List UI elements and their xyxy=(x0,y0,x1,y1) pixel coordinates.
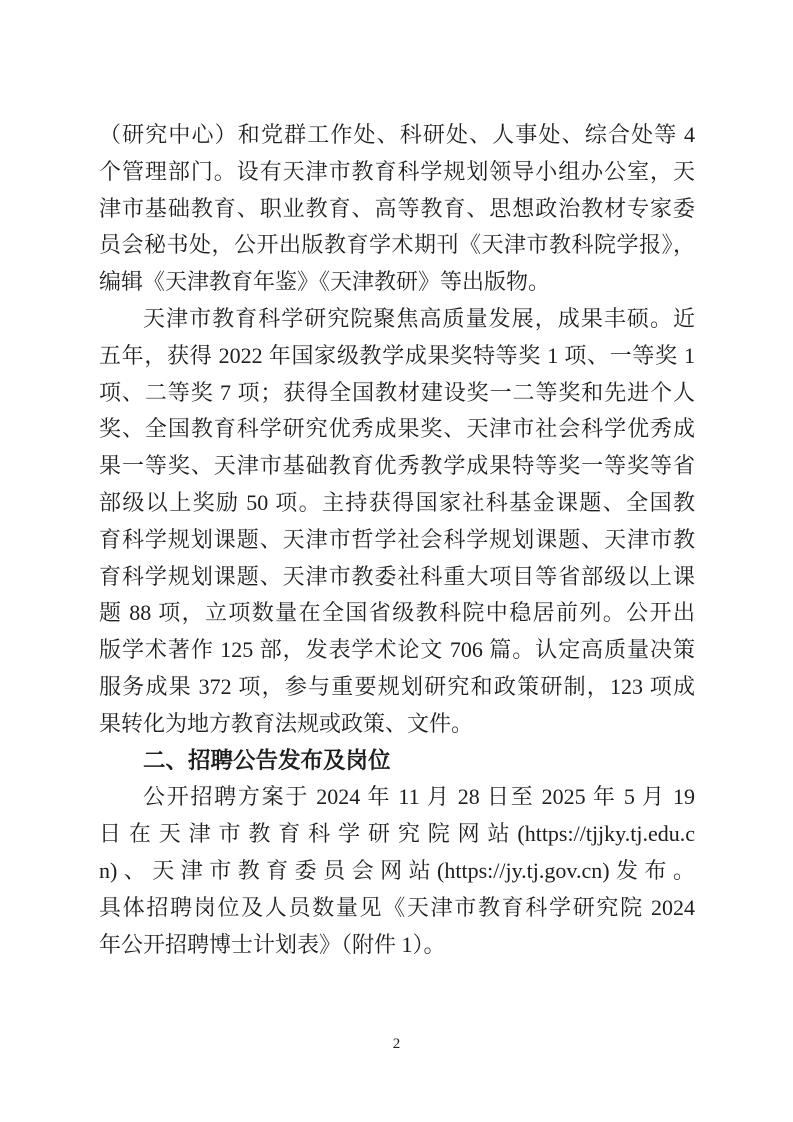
text-line: 公开招聘方案于 2024 年 11 月 28 日至 2025 年 5 月 19 xyxy=(99,779,695,816)
text-line: 日在天津市教育科学研究院网站(https://tjjky.tj.edu.c xyxy=(99,816,695,853)
text-line: 奖、全国教育科学研究优秀成果奖、天津市社会科学优秀成 xyxy=(99,411,695,448)
text-line: 版学术著作 125 部，发表学术论文 706 篇。认定高质量决策 xyxy=(99,632,695,669)
text-line: 果转化为地方教育法规或政策、文件。 xyxy=(99,706,695,743)
text-line: 员会秘书处，公开出版教育学术期刊《天津市教科院学报》， xyxy=(99,227,695,264)
text-line: 个管理部门。设有天津市教育科学规划领导小组办公室，天 xyxy=(99,154,695,191)
text-line: 题 88 项，立项数量在全国省级教科院中稳居前列。公开出 xyxy=(99,595,695,632)
text-line: 部级以上奖励 50 项。主持获得国家社科基金课题、全国教 xyxy=(99,485,695,522)
text-line: 果一等奖、天津市基础教育优秀教学成果特等奖一等奖等省 xyxy=(99,448,695,485)
text-line: 津市基础教育、职业教育、高等教育、思想政治教材专家委 xyxy=(99,191,695,228)
text-line: 育科学规划课题、天津市哲学社会科学规划课题、天津市教 xyxy=(99,522,695,559)
text-line: 育科学规划课题、天津市教委社科重大项目等省部级以上课 xyxy=(99,559,695,596)
text-line: 具体招聘岗位及人员数量见《天津市教育科学研究院 2024 xyxy=(99,890,695,927)
text-line: n)、天津市教育委员会网站(https://jy.tj.gov.cn)发布。 xyxy=(99,853,695,890)
page-number: 2 xyxy=(0,1036,793,1053)
text-line: 五年，获得 2022 年国家级教学成果奖特等奖 1 项、一等奖 1 xyxy=(99,338,695,375)
document-body: （研究中心）和党群工作处、科研处、人事处、综合处等 4个管理部门。设有天津市教育… xyxy=(99,117,695,963)
text-line: 编辑《天津教育年鉴》《天津教研》等出版物。 xyxy=(99,264,695,301)
text-line: （研究中心）和党群工作处、科研处、人事处、综合处等 4 xyxy=(99,117,695,154)
text-line: 年公开招聘博士计划表》（附件 1）。 xyxy=(99,927,695,964)
text-line: 项、二等奖 7 项；获得全国教材建设奖一二等奖和先进个人 xyxy=(99,375,695,412)
document-page: （研究中心）和党群工作处、科研处、人事处、综合处等 4个管理部门。设有天津市教育… xyxy=(0,0,793,1122)
text-line: 天津市教育科学研究院聚焦高质量发展，成果丰硕。近 xyxy=(99,301,695,338)
text-line: 服务成果 372 项，参与重要规划研究和政策研制，123 项成 xyxy=(99,669,695,706)
section-heading: 二、招聘公告发布及岗位 xyxy=(99,743,695,780)
